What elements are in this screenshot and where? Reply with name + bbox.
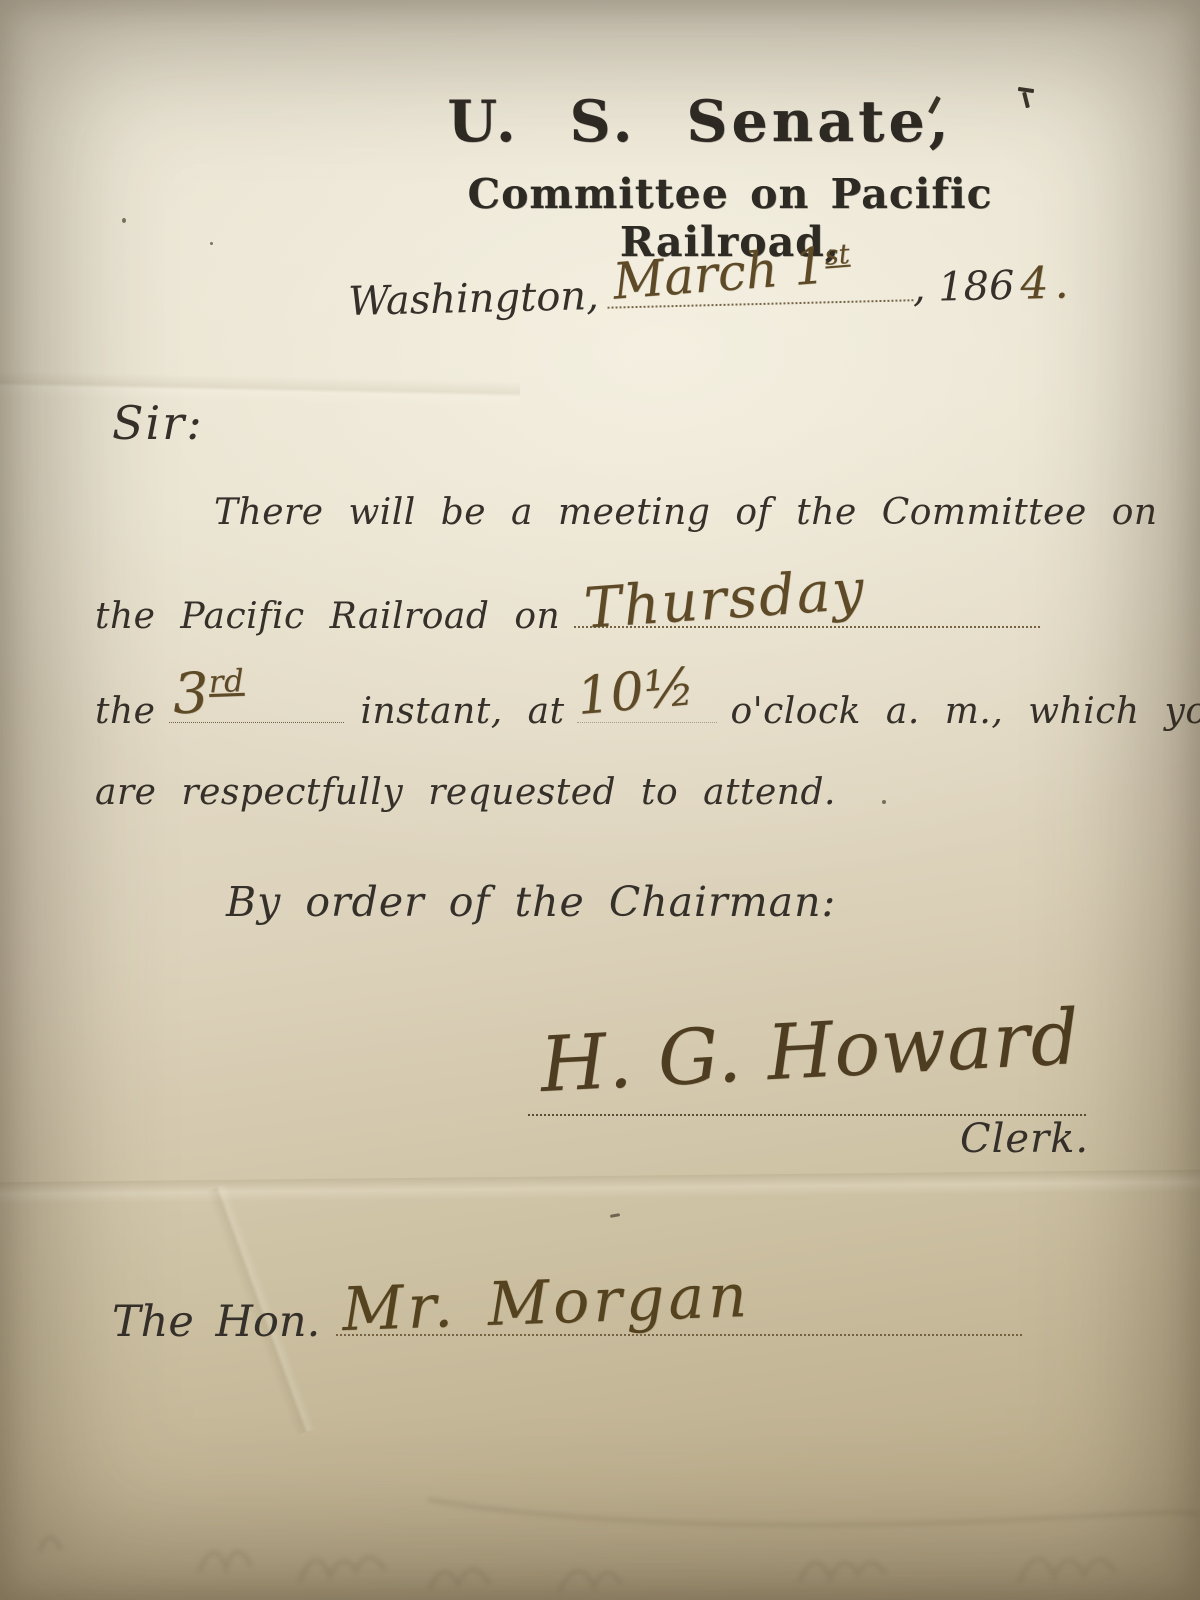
year-printed-prefix: , 186 <box>912 263 1015 311</box>
body-line-4: are respectfully requested to attend. <box>95 772 836 813</box>
day-number: 3 <box>172 661 210 727</box>
bleed-through-writing <box>0 1430 1200 1600</box>
day-number-suffix: rd <box>209 663 246 700</box>
paper-speck <box>122 218 126 223</box>
body-line-3-instant: instant, at <box>360 691 564 732</box>
paper-speck <box>210 242 213 245</box>
handwritten-addressee-name: Mr. Morgan <box>341 1261 752 1345</box>
time-fill-in-line: 10½ <box>577 676 717 723</box>
handwritten-weekday: Thursday <box>582 557 868 642</box>
salutation: Sir: <box>112 396 204 450</box>
handwritten-year-digit: 4 <box>1020 258 1049 310</box>
date-ordinal-suffix: st <box>823 238 851 272</box>
paper-fold-crease <box>0 1170 1200 1205</box>
ink-mark <box>1022 92 1030 108</box>
addressee-line: The Hon. Mr. Morgan <box>112 1284 1022 1347</box>
body-line-2-printed: the Pacific Railroad on <box>95 596 560 637</box>
dateline-period: . <box>1054 257 1069 308</box>
clerk-title: Clerk. <box>960 1116 1089 1162</box>
org-title: U. S. Senate, <box>430 88 970 155</box>
addressee-printed: The Hon. <box>112 1297 320 1347</box>
paper-speck <box>882 800 886 804</box>
body-line-3: the 3rd instant, at 10½ o'clock a. m., w… <box>95 676 1200 732</box>
body-line-3-the: the <box>95 691 155 732</box>
place-label: Washington, <box>348 273 600 325</box>
letter-photo: U. S. Senate, Committee on Pacific Railr… <box>0 0 1200 1600</box>
day-number-fill-in-line: 3rd <box>169 676 344 723</box>
handwritten-day-number: 3rd <box>172 660 246 727</box>
body-line-2: the Pacific Railroad on Thursday <box>95 580 1040 637</box>
weekday-fill-in-line: Thursday <box>574 580 1040 628</box>
body-line-1: There will be a meeting of the Committee… <box>214 492 1158 533</box>
body-line-3-tail: o'clock a. m., which you <box>731 691 1200 732</box>
addressee-fill-in-line: Mr. Morgan <box>336 1284 1022 1336</box>
order-of-chairman-line: By order of the Chairman: <box>226 878 836 926</box>
handwritten-time: 10½ <box>574 657 697 727</box>
paper-crease <box>0 371 520 408</box>
date-fill-in-line: March 1st <box>606 247 913 308</box>
paper-speck <box>610 1213 620 1218</box>
